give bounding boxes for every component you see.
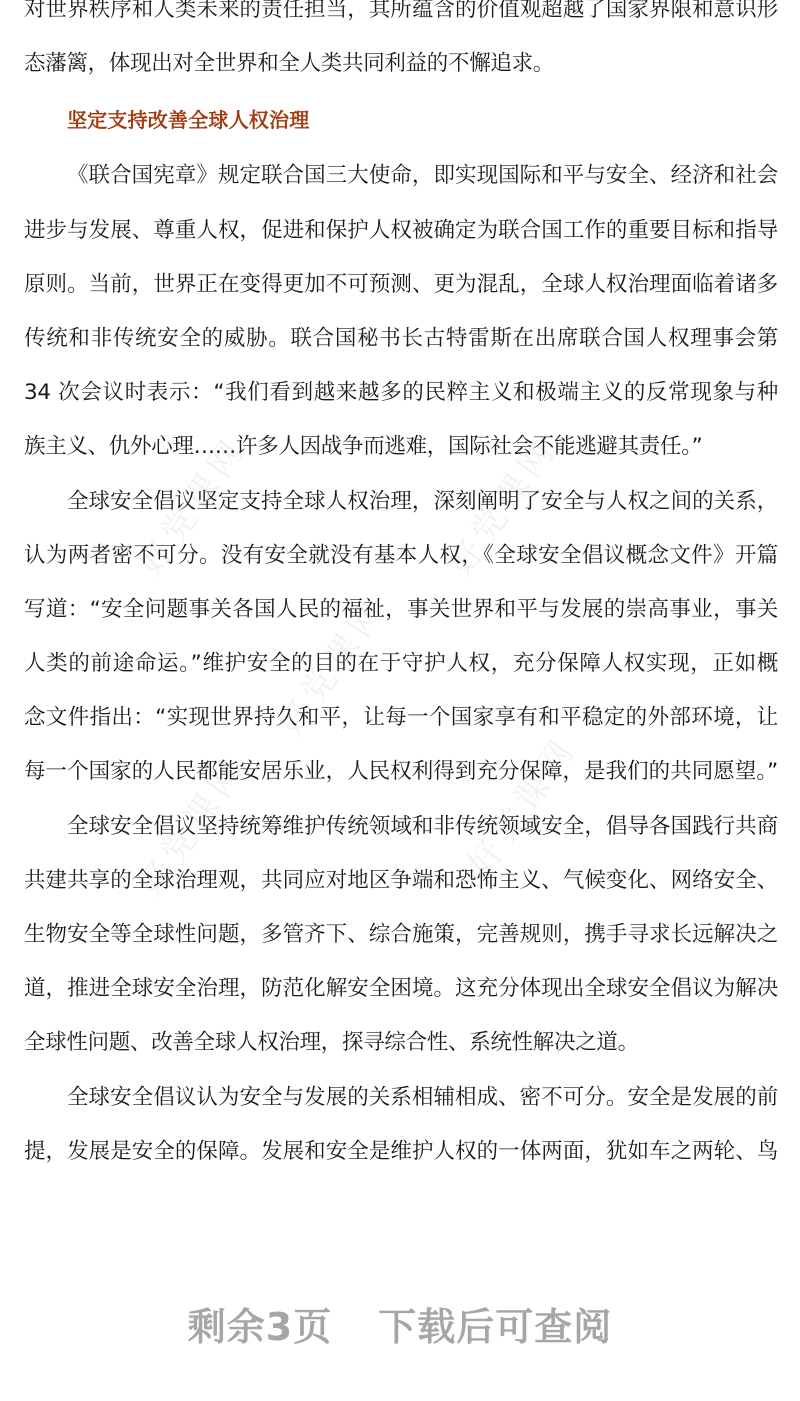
paragraph: 全球安全倡议认为安全与发展的关系相辅相成、密不可分。安全是发展的前 提，发展是安… — [24, 1071, 778, 1179]
text-line: 原则。当前，世界正在变得更加不可预测、更为混乱，全球人权治理面临着诸多 — [24, 258, 778, 312]
text-line: 共建共享的全球治理观，共同应对地区争端和恐怖主义、气候变化、网络安全、 — [24, 854, 778, 908]
text-line: 族主义、仇外心理……许多人因战争而逃难，国际社会不能逃避其责任。” — [24, 420, 778, 474]
text-line: 写道：“安全问题事关各国人民的福祉，事关世界和平与发展的崇高事业，事关 — [24, 583, 778, 637]
text-line: 道，推进全球安全治理，防范化解安全困境。这充分体现出全球安全倡议为解决 — [24, 962, 778, 1016]
text-line: 全球安全倡议认为安全与发展的关系相辅相成、密不可分。安全是发展的前 — [24, 1071, 778, 1125]
paragraph: 《联合国宪章》规定联合国三大使命，即实现国际和平与安全、经济和社会 进步与发展、… — [24, 149, 778, 474]
text-line: 认为两者密不可分。没有安全就没有基本人权，《全球安全倡议概念文件》开篇 — [24, 529, 778, 583]
document-body: 对世界秩序和人类未来的责任担当，其所蕴含的价值观超越了国家界限和意识形 态藩篱，… — [24, 0, 778, 1179]
text-line: 全球安全倡议坚定支持全球人权治理，深刻阐明了安全与人权之间的关系， — [24, 475, 778, 529]
text-line: 念文件指出：“实现世界持久和平，让每一个国家享有和平稳定的外部环境，让 — [24, 691, 778, 745]
text-line: 每一个国家的人民都能安居乐业，人民权利得到充分保障，是我们的共同愿望。” — [24, 745, 778, 799]
text-line: 生物安全等全球性问题，多管齐下、综合施策，完善规则，携手寻求长远解决之 — [24, 908, 778, 962]
text-line: 进步与发展、尊重人权，促进和保护人权被确定为联合国工作的重要目标和指导 — [24, 204, 778, 258]
text-line: 提，发展是安全的保障。发展和安全是维护人权的一体两面，犹如车之两轮、鸟 — [24, 1125, 778, 1179]
text-line: 34 次会议时表示：“我们看到越来越多的民粹主义和极端主义的反常现象与种 — [24, 366, 778, 420]
text-line: 全球性问题、改善全球人权治理，探寻综合性、系统性解决之道。 — [24, 1016, 778, 1070]
remaining-pages-banner[interactable]: 剩余3页下载后可查阅 — [0, 1296, 800, 1351]
text-line: 传统和非传统安全的威胁。联合国秘书长古特雷斯在出席联合国人权理事会第 — [24, 312, 778, 366]
remaining-pages-label: 剩余3页 — [188, 1305, 332, 1349]
text-line: 态藩篱，体现出对全世界和全人类共同利益的不懈追求。 — [24, 37, 778, 91]
paragraph: 全球安全倡议坚定支持全球人权治理，深刻阐明了安全与人权之间的关系， 认为两者密不… — [24, 475, 778, 800]
text-line: 人类的前途命运。”维护安全的目的在于守护人权，充分保障人权实现，正如概 — [24, 637, 778, 691]
text-line: 对世界秩序和人类未来的责任担当，其所蕴含的价值观超越了国家界限和意识形 — [24, 0, 778, 37]
download-prompt-label: 下载后可查阅 — [378, 1305, 612, 1349]
section-heading: 坚定支持改善全球人权治理 — [24, 91, 778, 149]
paragraph: 全球安全倡议坚持统筹维护传统领域和非传统领域安全，倡导各国践行共商 共建共享的全… — [24, 800, 778, 1071]
text-line: 全球安全倡议坚持统筹维护传统领域和非传统领域安全，倡导各国践行共商 — [24, 800, 778, 854]
text-line: 《联合国宪章》规定联合国三大使命，即实现国际和平与安全、经济和社会 — [24, 149, 778, 203]
